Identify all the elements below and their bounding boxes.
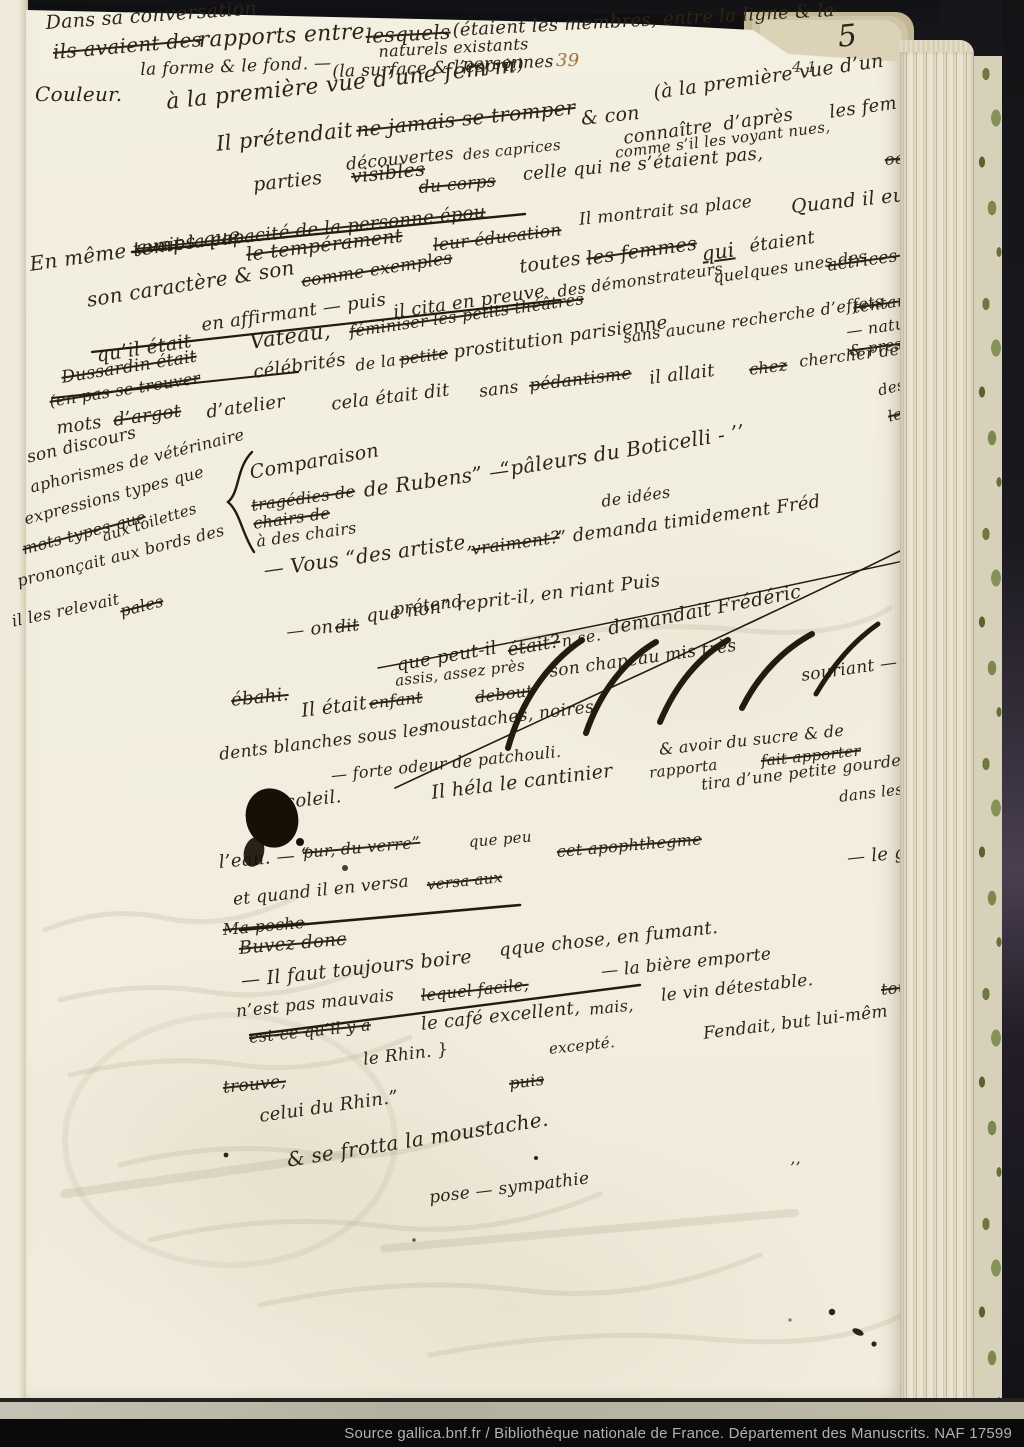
fore-edge <box>900 52 974 1404</box>
source-text: Source gallica.bnf.fr / Bibliothèque nat… <box>344 1425 1012 1442</box>
facing-page-edge <box>0 0 28 1404</box>
manuscript-page <box>26 0 902 1404</box>
marbled-board-edge <box>974 56 1004 1404</box>
binding-right <box>1002 0 1024 1404</box>
book-tail-edge <box>0 1402 1024 1419</box>
source-bar: Source gallica.bnf.fr / Bibliothèque nat… <box>0 1419 1024 1447</box>
